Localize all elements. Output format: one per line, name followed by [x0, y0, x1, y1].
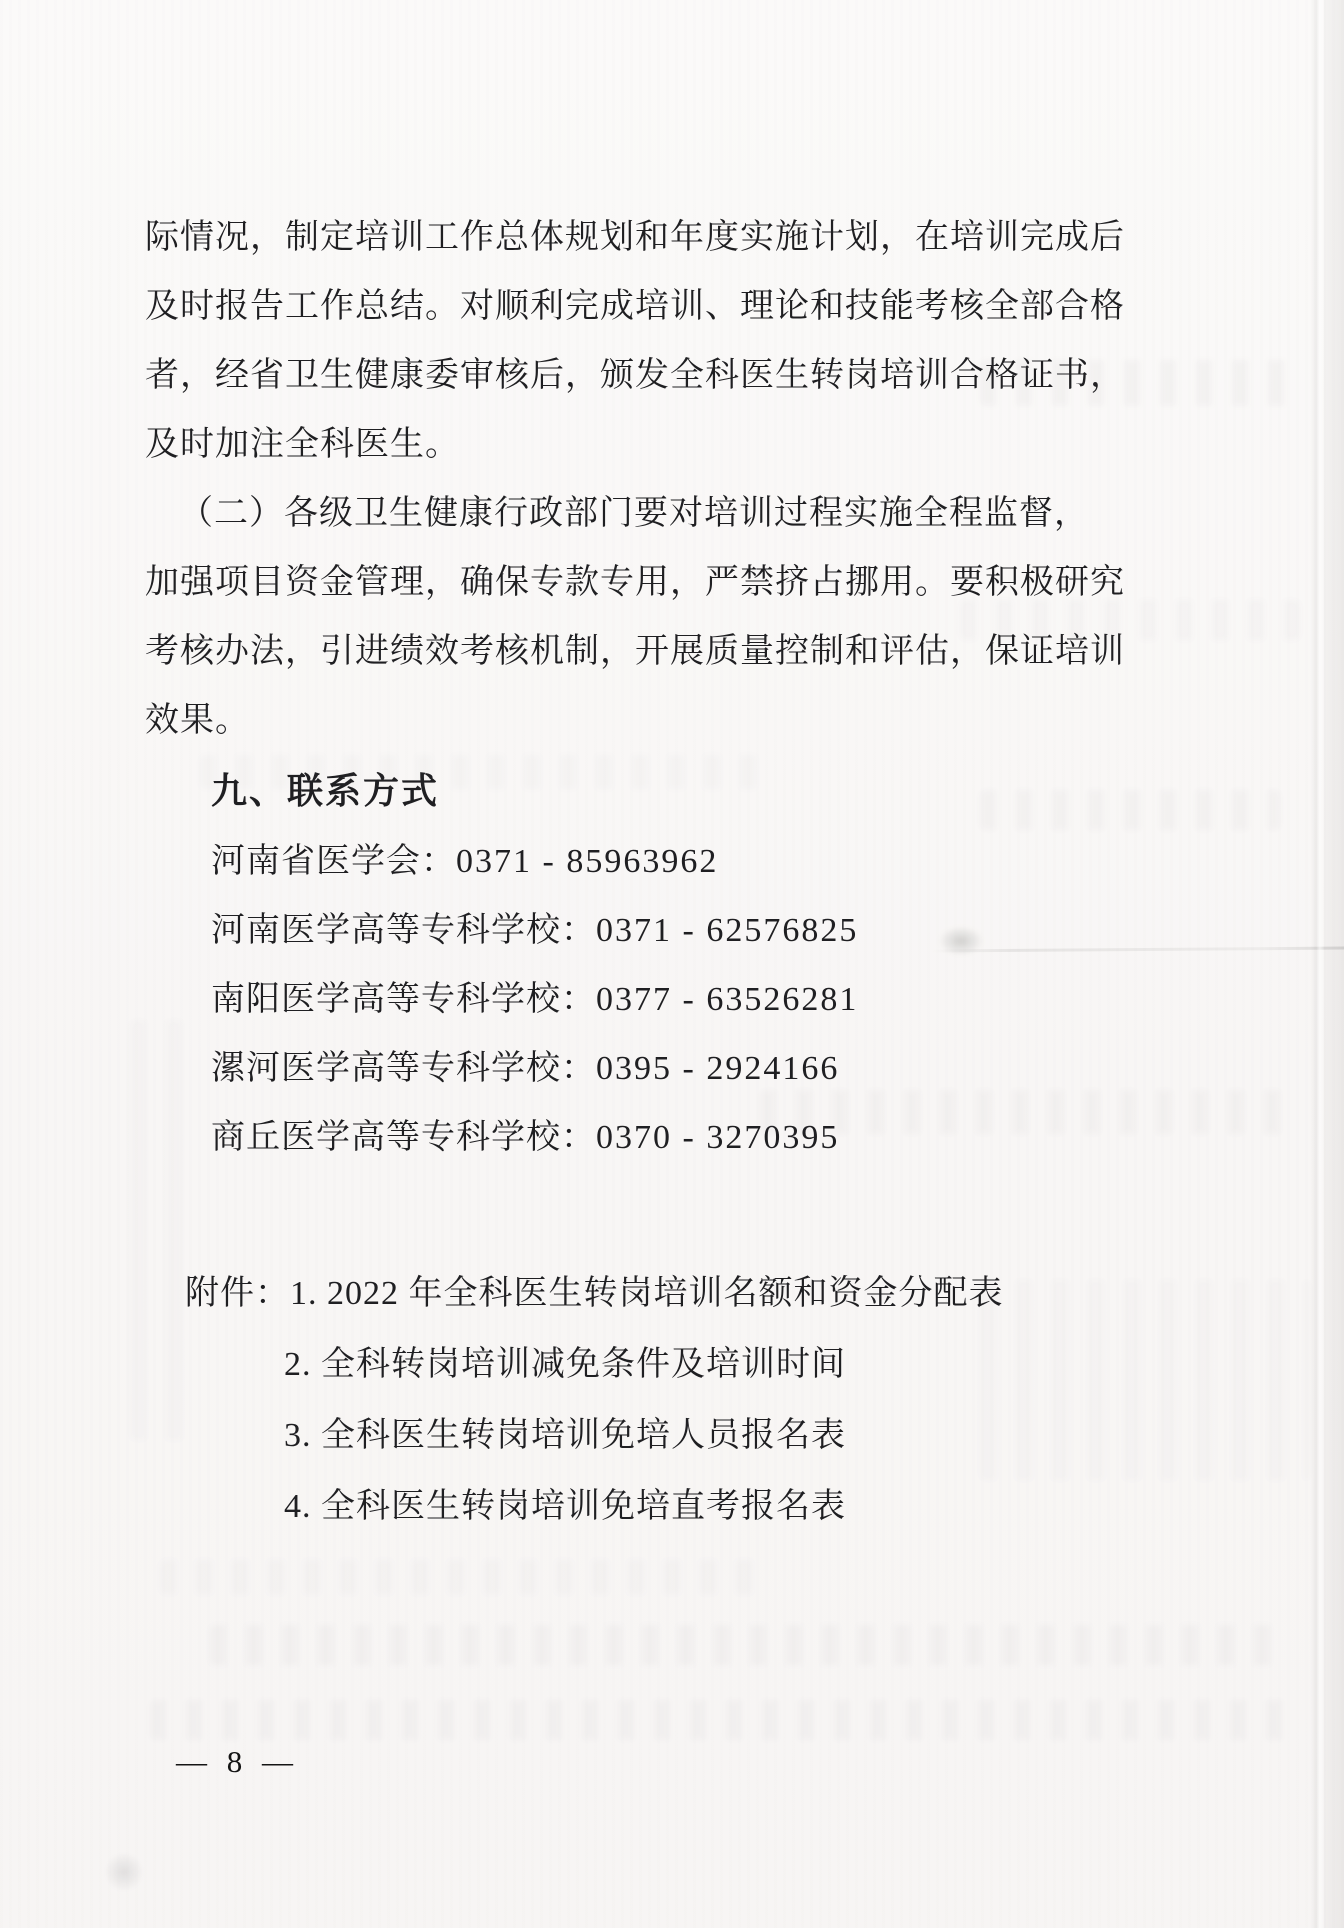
- contact-phone: 0370 - 3270395: [596, 1119, 839, 1156]
- contact-henan-medical-college: 河南医学高等专科学校：0371 - 62576825: [145, 896, 1060, 965]
- paragraph1-line-2: 及时报告工作总结。对顺利完成培训、理论和技能考核全部合格: [145, 272, 1060, 341]
- contact-phone: 0371 - 85963962: [456, 843, 718, 880]
- scanned-document-page: { "colors": { "paper": "#f9f7f6", "ink":…: [0, 0, 1344, 1928]
- contact-luohe-medical-college: 漯河医学高等专科学校：0395 - 2924166: [145, 1034, 1060, 1103]
- paragraph2-line-4: 效果。: [145, 686, 1060, 755]
- paper-fold-line: [1310, 0, 1324, 1928]
- contact-label: 河南医学高等专科学校：: [211, 912, 596, 949]
- contact-nanyang-medical-college: 南阳医学高等专科学校：0377 - 63526281: [145, 965, 1060, 1034]
- bleed-through-texture: [150, 1700, 1300, 1740]
- attachment-title: 3. 全科医生转岗培训免培人员报名表: [284, 1400, 846, 1471]
- attachments-prefix-label: 附件：: [185, 1258, 290, 1329]
- attachments-list: 附件：1. 2022 年全科医生转岗培训名额和资金分配表 2. 全科转岗培训减免…: [145, 1258, 1060, 1542]
- attachment-title: 4. 全科医生转岗培训免培直考报名表: [284, 1471, 846, 1542]
- paragraph1-line-1: 际情况，制定培训工作总体规划和年度实施计划，在培训完成后: [145, 203, 1060, 272]
- paragraph2-line-3: 考核办法，引进绩效考核机制，开展质量控制和评估，保证培训: [145, 617, 1060, 686]
- section-heading-contact: 九、联系方式: [145, 755, 1060, 827]
- page-number: — 8 —: [176, 1744, 299, 1780]
- attachment-item-1: 附件：1. 2022 年全科医生转岗培训名额和资金分配表: [145, 1258, 1060, 1329]
- document-body: 际情况，制定培训工作总体规划和年度实施计划，在培训完成后 及时报告工作总结。对顺…: [145, 203, 1060, 1542]
- contact-henan-medical-association: 河南省医学会：0371 - 85963962: [145, 827, 1060, 896]
- contact-label: 南阳医学高等专科学校：: [211, 981, 596, 1018]
- contact-label: 漯河医学高等专科学校：: [211, 1050, 596, 1087]
- attachment-title: 1. 2022 年全科医生转岗培训名额和资金分配表: [290, 1258, 1004, 1329]
- contact-label: 商丘医学高等专科学校：: [211, 1119, 596, 1156]
- attachment-title: 2. 全科转岗培训减免条件及培训时间: [284, 1329, 846, 1400]
- corner-smudge: [104, 1852, 144, 1892]
- contact-shangqiu-medical-college: 商丘医学高等专科学校：0370 - 3270395: [145, 1103, 1060, 1172]
- attachment-item-2: 2. 全科转岗培训减免条件及培训时间: [145, 1329, 1060, 1400]
- paragraph1-line-4: 及时加注全科医生。: [145, 410, 1060, 479]
- bleed-through-texture: [210, 1625, 1290, 1665]
- paragraph2-line-1: （二）各级卫生健康行政部门要对培训过程实施全程监督，: [145, 479, 1060, 548]
- contact-label: 河南省医学会：: [211, 843, 456, 880]
- attachment-item-3: 3. 全科医生转岗培训免培人员报名表: [145, 1400, 1060, 1471]
- bleed-through-texture: [160, 1560, 760, 1594]
- attachment-item-4: 4. 全科医生转岗培训免培直考报名表: [145, 1471, 1060, 1542]
- paragraph2-line-2: 加强项目资金管理，确保专款专用，严禁挤占挪用。要积极研究: [145, 548, 1060, 617]
- page-right-edge-shadow: [1324, 0, 1344, 1928]
- paragraph1-line-3: 者，经省卫生健康委审核后，颁发全科医生转岗培训合格证书，: [145, 341, 1060, 410]
- contact-phone: 0371 - 62576825: [596, 912, 858, 949]
- contact-phone: 0377 - 63526281: [596, 981, 858, 1018]
- contact-phone: 0395 - 2924166: [596, 1050, 839, 1087]
